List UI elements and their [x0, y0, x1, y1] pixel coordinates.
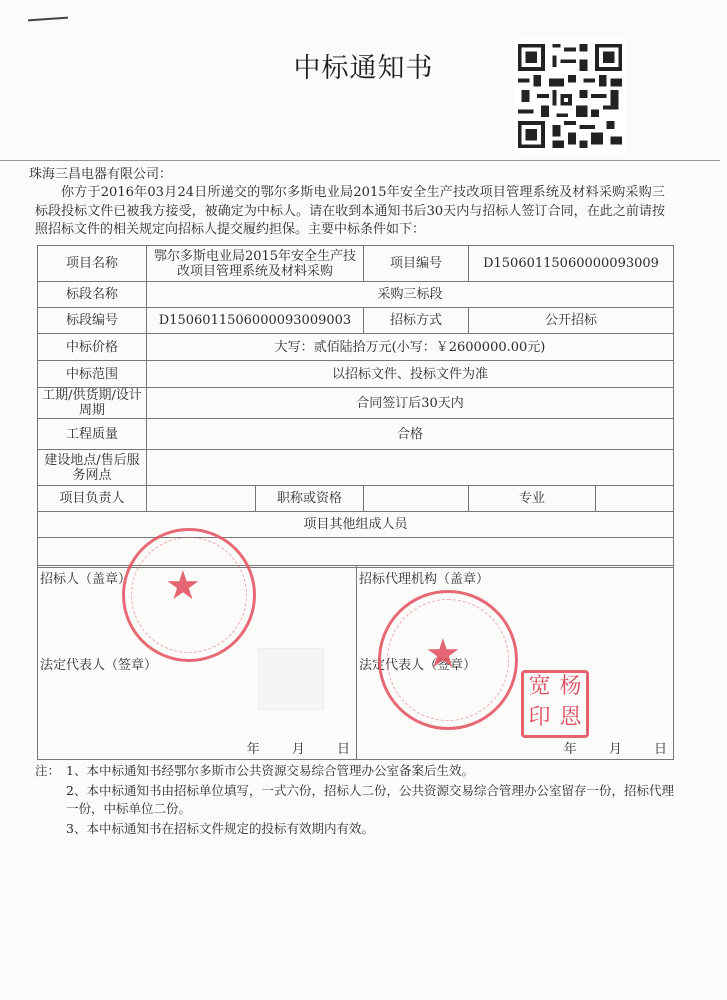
personal-seal: 宽 杨 印 恩 [521, 670, 589, 738]
price-label: 中标价格 [38, 334, 147, 361]
tenderer-label: 招标人（盖章） [40, 568, 131, 587]
note-item: 3、本中标通知书在招标文件规定的投标有效期内有效。 [35, 820, 675, 838]
period-label: 工期/供货期/设计周期 [38, 388, 147, 419]
table-row: 项目负责人 职称或资格 专业 [38, 486, 674, 512]
table-row: 项目名称 鄂尔多斯电业局2015年安全生产技改项目管理系统及材料采购 项目编号 … [38, 246, 674, 282]
table-row: 项目其他组成人员 [38, 512, 674, 538]
qr-code-icon [514, 38, 626, 154]
manager-value [147, 486, 256, 512]
project-no-label: 项目编号 [364, 246, 469, 282]
header-rule [0, 160, 720, 161]
table-row: 标段编号 D1506011506000093009003 招标方式 公开招标 [38, 308, 674, 334]
quality-label: 工程质量 [38, 419, 147, 450]
title-value [364, 486, 469, 512]
note-item: 1、本中标通知书经鄂尔多斯市公共资源交易综合管理办公室备案后生效。 [66, 762, 474, 780]
tenderer-rep-label: 法定代表人（签章） [40, 654, 157, 673]
intro-paragraph: 你方于2016年03月24日所递交的鄂尔多斯电业局2015年安全生产技改项目管理… [35, 184, 665, 240]
seal-char: 杨 [555, 673, 586, 704]
specialty-label: 专业 [469, 486, 596, 512]
project-name-label: 项目名称 [38, 246, 147, 282]
bid-method-value: 公开招标 [469, 308, 674, 334]
table-row: 建设地点/售后服务网点 [38, 450, 674, 486]
title-label: 职称或资格 [256, 486, 364, 512]
tenderer-official-stamp: ★ [122, 528, 256, 662]
project-no-value: D15060115060000093009 [469, 246, 674, 282]
qr-code [514, 38, 626, 154]
notes-section: 注： 1、本中标通知书经鄂尔多斯市公共资源交易综合管理办公室备案后生效。 2、本… [35, 762, 675, 838]
star-icon: ★ [165, 563, 201, 609]
location-value [147, 450, 674, 486]
quality-value: 合格 [147, 419, 674, 450]
manager-label: 项目负责人 [38, 486, 147, 512]
scope-label: 中标范围 [38, 361, 147, 388]
agency-label: 招标代理机构（盖章） [359, 568, 489, 587]
project-name-value: 鄂尔多斯电业局2015年安全生产技改项目管理系统及材料采购 [147, 246, 364, 282]
table-row: 中标价格 大写：贰佰陆拾万元(小写：￥2600000.00元) [38, 334, 674, 361]
addressee: 珠海三昌电器有限公司： [29, 163, 172, 182]
scan-mark [28, 17, 68, 22]
table-row: 工期/供货期/设计周期 合同签订后30天内 [38, 388, 674, 419]
section-no-value: D1506011506000093009003 [147, 308, 364, 334]
signature-blur [258, 648, 324, 710]
table-row: 中标范围 以招标文件、投标文件为准 [38, 361, 674, 388]
scope-value: 以招标文件、投标文件为准 [147, 361, 674, 388]
other-members-label: 项目其他组成人员 [38, 512, 674, 538]
period-value: 合同签订后30天内 [147, 388, 674, 419]
section-name-value: 采购三标段 [147, 282, 674, 308]
seal-char: 印 [524, 704, 555, 735]
table-row: 工程质量 合格 [38, 419, 674, 450]
agency-date: 年 月 日 [564, 738, 667, 757]
tenderer-date: 年 月 日 [247, 738, 350, 757]
agency-official-stamp: ★ [378, 590, 518, 730]
section-name-label: 标段名称 [38, 282, 147, 308]
price-value: 大写：贰佰陆拾万元(小写：￥2600000.00元) [147, 334, 674, 361]
award-conditions-table: 项目名称 鄂尔多斯电业局2015年安全生产技改项目管理系统及材料采购 项目编号 … [37, 245, 674, 568]
seal-char: 宽 [524, 673, 555, 704]
seal-char: 恩 [555, 704, 586, 735]
bid-method-label: 招标方式 [364, 308, 469, 334]
specialty-value [596, 486, 674, 512]
star-icon: ★ [425, 631, 461, 677]
notes-head: 注： [35, 762, 66, 780]
location-label: 建设地点/售后服务网点 [38, 450, 147, 486]
note-item: 2、本中标通知书由招标单位填写，一式六份，招标人二份，公共资源交易综合管理办公室… [35, 782, 675, 818]
section-no-label: 标段编号 [38, 308, 147, 334]
table-row: 标段名称 采购三标段 [38, 282, 674, 308]
